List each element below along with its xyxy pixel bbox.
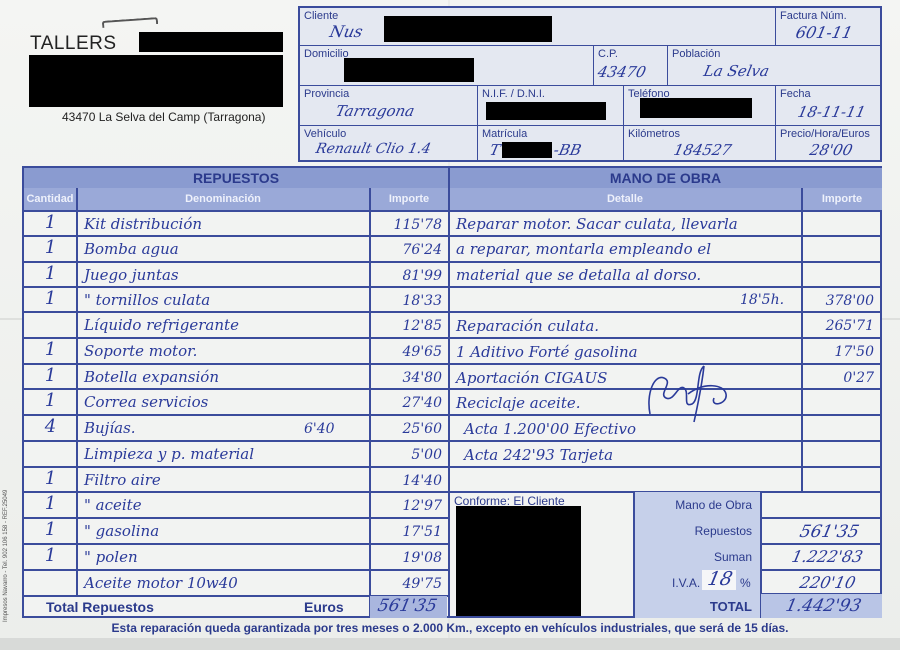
row-desc: Soporte motor. xyxy=(84,342,197,360)
row-line xyxy=(24,388,448,390)
labor-hours: 18'5h. xyxy=(740,292,784,308)
fecha-label: Fecha xyxy=(780,88,811,100)
row-line xyxy=(760,517,882,519)
row-line xyxy=(760,569,882,571)
row-desc: Filtro aire xyxy=(84,471,161,489)
row-desc: " aceite xyxy=(84,496,142,514)
redacted-company-details xyxy=(29,55,283,107)
printer-imprint: Impresos Navarro - Tel. 902 106 158 - RE… xyxy=(3,490,9,622)
labor-detail: Reciclaje aceite. xyxy=(456,394,581,412)
col-cantidad: Cantidad xyxy=(24,188,76,210)
redacted-telefono xyxy=(640,98,752,118)
company-address: 43470 La Selva del Camp (Tarragona) xyxy=(62,110,265,124)
row-line xyxy=(24,363,448,365)
cp-label: C.P. xyxy=(598,48,618,60)
factura-label: Factura Núm. xyxy=(780,10,847,22)
row-amount: 19'08 xyxy=(370,550,442,566)
col-importe-mano-obra: Importe xyxy=(802,188,882,210)
row-amount: 81'99 xyxy=(370,268,442,284)
summary-labels: Mano de Obra Repuestos Suman I.V.A. 18 %… xyxy=(634,492,760,618)
nif-field: N.I.F. / D.N.I. xyxy=(478,86,624,126)
labor-detail: Acta 242'93 Tarjeta xyxy=(464,446,613,464)
row-line xyxy=(24,491,448,493)
iva-rate-box: 18 xyxy=(702,570,736,590)
row-line xyxy=(24,261,448,263)
labor-detail: Reparar motor. Sacar culata, llevarla xyxy=(456,215,738,233)
row-desc: " gasolina xyxy=(84,522,159,540)
row-line xyxy=(449,337,882,339)
matricula-label: Matrícula xyxy=(482,128,527,140)
cliente-label: Cliente xyxy=(304,10,338,22)
factura-field: Factura Núm. 601-11 xyxy=(776,8,882,46)
matricula-suffix: -BB xyxy=(552,141,583,159)
fecha-field: Fecha 18-11-11 xyxy=(776,86,882,126)
vehiculo-field: Vehículo Renault Clio 1.4 xyxy=(300,126,478,162)
labor-amount: 378'00 xyxy=(802,293,874,309)
customer-info-box: Cliente Nus Factura Núm. 601-11 Domicili… xyxy=(298,6,882,162)
row-desc: Bujías. xyxy=(84,419,136,437)
row-line xyxy=(24,235,448,237)
summary-values: 561'35 1.222'83 220'10 1.442'93 xyxy=(760,492,882,618)
redacted-nif xyxy=(486,102,606,120)
divider xyxy=(633,492,635,618)
row-amount: 14'40 xyxy=(370,473,442,489)
row-amount: 27'40 xyxy=(370,395,442,411)
cp-field: C.P. 43470 xyxy=(594,46,668,86)
vehiculo-label: Vehículo xyxy=(304,128,346,140)
precio-hora-value: 28'00 xyxy=(808,141,854,159)
row-line xyxy=(24,517,448,519)
signature-icon xyxy=(644,364,734,424)
row-line xyxy=(24,311,448,313)
row-amount: 34'80 xyxy=(370,370,442,386)
invoice-table: REPUESTOS MANO DE OBRA Cantidad Denomina… xyxy=(22,166,882,618)
repuestos-total-value: 561'35 xyxy=(798,522,861,542)
telefono-field: Teléfono xyxy=(624,86,776,126)
total-repuestos-label: Total Repuestos xyxy=(46,599,154,615)
mano-obra-total-label: Mano de Obra xyxy=(675,498,752,512)
cliente-value: Nus xyxy=(328,22,365,41)
row-amount: 17'51 xyxy=(370,524,442,540)
company-name: TALLERS xyxy=(30,33,117,55)
factura-value: 601-11 xyxy=(794,23,854,42)
row-desc: " tornillos culata xyxy=(84,291,210,309)
row-desc: Juego juntas xyxy=(84,266,179,284)
matricula-prefix: T xyxy=(488,141,502,159)
row-desc: Correa servicios xyxy=(84,393,208,411)
nif-label: N.I.F. / D.N.I. xyxy=(482,88,545,100)
staple-icon xyxy=(102,17,158,28)
fecha-value: 18-11-11 xyxy=(796,103,867,121)
matricula-field: Matrícula T -BB xyxy=(478,126,624,162)
col-detalle: Detalle xyxy=(449,188,801,210)
kilometros-value: 184527 xyxy=(672,141,733,159)
row-line xyxy=(24,543,448,545)
invoice-paper: TALLERS 43470 La Selva del Camp (Tarrago… xyxy=(0,0,900,650)
row-line xyxy=(24,569,448,571)
row-amount: 5'00 xyxy=(370,447,442,463)
row-qty: 1 xyxy=(24,519,77,540)
labor-detail: 1 Aditivo Forté gasolina xyxy=(456,343,638,361)
repuestos-title: REPUESTOS xyxy=(24,168,448,188)
cliente-field: Cliente Nus xyxy=(300,8,776,46)
total-repuestos-value: 561'35 xyxy=(376,596,439,616)
row-qty: 1 xyxy=(24,212,77,233)
labor-amount: 0'27 xyxy=(802,370,874,386)
poblacion-label: Población xyxy=(672,48,720,60)
vehiculo-value: Renault Clio 1.4 xyxy=(314,141,432,157)
row-qty: 1 xyxy=(24,288,77,309)
row-line xyxy=(449,235,882,237)
row-desc: Botella expansión xyxy=(84,368,219,386)
provincia-value: Tarragona xyxy=(334,102,416,120)
row-qty: 1 xyxy=(24,237,77,258)
labor-detail: Reparación culata. xyxy=(456,317,599,335)
row-line xyxy=(24,440,448,442)
repuestos-total-label: Repuestos xyxy=(695,524,752,538)
row-line xyxy=(449,261,882,263)
row-amount: 12'85 xyxy=(370,318,442,334)
precio-hora-label: Precio/Hora/Euros xyxy=(780,128,870,140)
row-unit-price: 6'40 xyxy=(304,421,335,437)
row-line xyxy=(449,311,882,313)
row-line xyxy=(449,440,882,442)
redacted-company-name xyxy=(139,32,283,52)
row-desc: Aceite motor 10w40 xyxy=(84,574,238,592)
suman-label: Suman xyxy=(714,550,752,564)
row-line xyxy=(760,543,882,545)
labor-amount: 17'50 xyxy=(802,344,874,360)
row-desc: Limpieza y p. material xyxy=(84,445,254,463)
row-qty: 1 xyxy=(24,365,77,386)
row-qty: 1 xyxy=(24,545,77,566)
redacted-matricula xyxy=(502,142,552,158)
poblacion-value: La Selva xyxy=(702,62,771,80)
col-importe-repuestos: Importe xyxy=(370,188,448,210)
row-line xyxy=(449,210,882,212)
euros-label: Euros xyxy=(304,599,344,615)
provincia-field: Provincia Tarragona xyxy=(300,86,478,126)
row-qty: 1 xyxy=(24,493,77,514)
row-qty: 1 xyxy=(24,390,77,411)
kilometros-field: Kilómetros 184527 xyxy=(624,126,776,162)
row-desc: Líquido refrigerante xyxy=(84,316,239,334)
col-denominacion: Denominación xyxy=(77,188,369,210)
row-line xyxy=(449,286,882,288)
guarantee-note: Esta reparación queda garantizada por tr… xyxy=(0,621,900,635)
row-amount: 49'65 xyxy=(370,344,442,360)
iva-value: 220'10 xyxy=(798,573,857,592)
row-amount: 18'33 xyxy=(370,293,442,309)
total-label: TOTAL xyxy=(710,599,752,614)
row-amount: 76'24 xyxy=(370,242,442,258)
kilometros-label: Kilómetros xyxy=(628,128,680,140)
redacted-domicilio xyxy=(344,58,474,82)
domicilio-field: Domicilio xyxy=(300,46,594,86)
total-repuestos-value-box: 561'35 xyxy=(370,596,447,618)
row-amount: 49'75 xyxy=(370,576,442,592)
redacted-client-signature xyxy=(456,506,581,616)
redacted-cliente xyxy=(384,16,552,42)
labor-detail: material que se detalla al dorso. xyxy=(456,266,701,284)
domicilio-label: Domicilio xyxy=(304,48,349,60)
row-amount: 25'60 xyxy=(370,421,442,437)
row-line xyxy=(24,337,448,339)
row-desc: " polen xyxy=(84,548,138,566)
precio-hora-field: Precio/Hora/Euros 28'00 xyxy=(776,126,882,162)
row-desc: Kit distribución xyxy=(84,215,202,233)
labor-detail: Acta 1.200'00 Efectivo xyxy=(464,420,636,438)
iva-label: I.V.A. xyxy=(672,576,700,590)
mano-de-obra-title: MANO DE OBRA xyxy=(449,168,882,188)
labor-amount: 265'71 xyxy=(802,318,874,334)
row-line xyxy=(24,286,448,288)
grand-total-value: 1.442'93 xyxy=(784,596,863,616)
divider xyxy=(801,188,803,492)
provincia-label: Provincia xyxy=(304,88,349,100)
paper-bottom-edge xyxy=(0,638,900,650)
row-amount: 12'97 xyxy=(370,498,442,514)
row-line xyxy=(24,466,448,468)
row-desc: Bomba agua xyxy=(84,240,179,258)
iva-rate: 18 xyxy=(706,568,735,590)
row-line xyxy=(24,414,448,416)
cp-value: 43470 xyxy=(596,63,648,81)
poblacion-field: Población La Selva xyxy=(668,46,882,86)
labor-detail: a reparar, montarla empleando el xyxy=(456,240,711,258)
labor-detail: Aportación CIGAUS xyxy=(456,369,607,387)
row-amount: 115'78 xyxy=(370,217,442,233)
row-qty: 1 xyxy=(24,339,77,360)
row-qty: 1 xyxy=(24,263,77,284)
row-qty: 1 xyxy=(24,468,77,489)
iva-percent: % xyxy=(740,576,751,590)
row-line xyxy=(24,210,448,212)
row-qty: 4 xyxy=(24,416,77,437)
row-line xyxy=(449,466,882,468)
suman-value: 1.222'83 xyxy=(790,547,865,566)
